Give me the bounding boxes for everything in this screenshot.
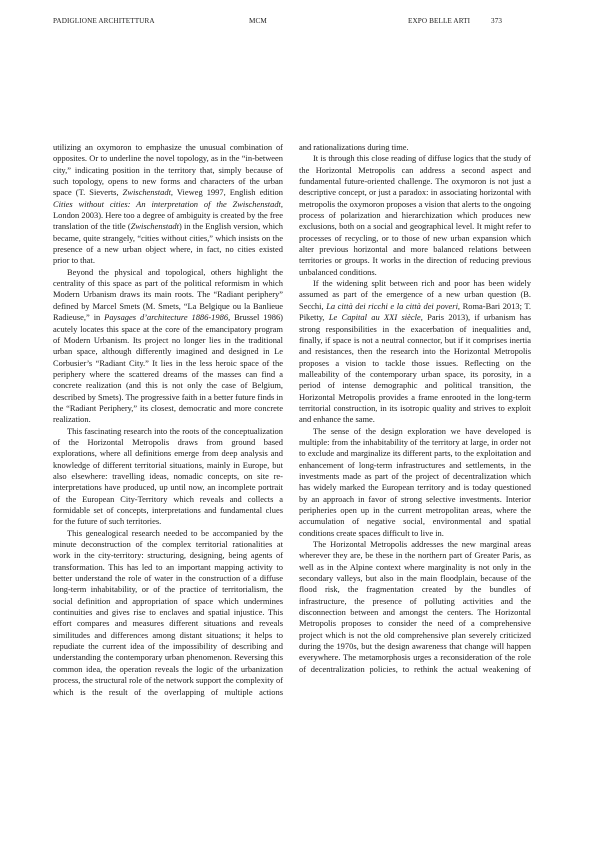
paragraph: This fascinating research into the roots… bbox=[53, 426, 283, 528]
paragraph: The sense of the design exploration we h… bbox=[299, 426, 531, 539]
italic-title: Le Capital au XXI siècle bbox=[329, 312, 421, 322]
right-text-column: and rationalizations during time. It is … bbox=[299, 142, 531, 675]
running-header: PADIGLIONE ARCHITETTURA MCM EXPO BELLE A… bbox=[0, 17, 592, 29]
italic-title: Cities without cities: An interpretation… bbox=[53, 199, 281, 209]
page-number: 373 bbox=[491, 17, 502, 25]
header-center-title: MCM bbox=[249, 17, 267, 25]
paragraph: This genealogical research needed to be … bbox=[53, 528, 283, 698]
paragraph: It is through this close reading of diff… bbox=[299, 153, 531, 278]
italic-title: Paysages d’architecture 1886-1986 bbox=[104, 312, 228, 322]
paragraph: utilizing an oxymoron to emphasize the u… bbox=[53, 142, 283, 267]
text-run: , Brussel 1986) acutely locates this spa… bbox=[53, 312, 283, 424]
header-right-title: EXPO BELLE ARTI bbox=[408, 17, 470, 25]
paragraph: Beyond the physical and topological, oth… bbox=[53, 267, 283, 426]
header-section-title: PADIGLIONE ARCHITETTURA bbox=[53, 17, 155, 25]
italic-title: Zwischenstadt bbox=[123, 187, 171, 197]
italic-title: La città dei ricchi e la città dei pover… bbox=[326, 301, 458, 311]
italic-title: Zwischenstadt bbox=[131, 221, 179, 231]
paragraph: The Horizontal Metropolis addresses the … bbox=[299, 539, 531, 675]
paragraph: If the widening split between rich and p… bbox=[299, 278, 531, 425]
paragraph: and rationalizations during time. bbox=[299, 142, 531, 153]
left-text-column: utilizing an oxymoron to emphasize the u… bbox=[53, 142, 283, 698]
text-run: , Paris 2013), if urbanism has strong re… bbox=[299, 312, 531, 424]
text-run: , Vieweg 1997, English edition bbox=[171, 187, 283, 197]
